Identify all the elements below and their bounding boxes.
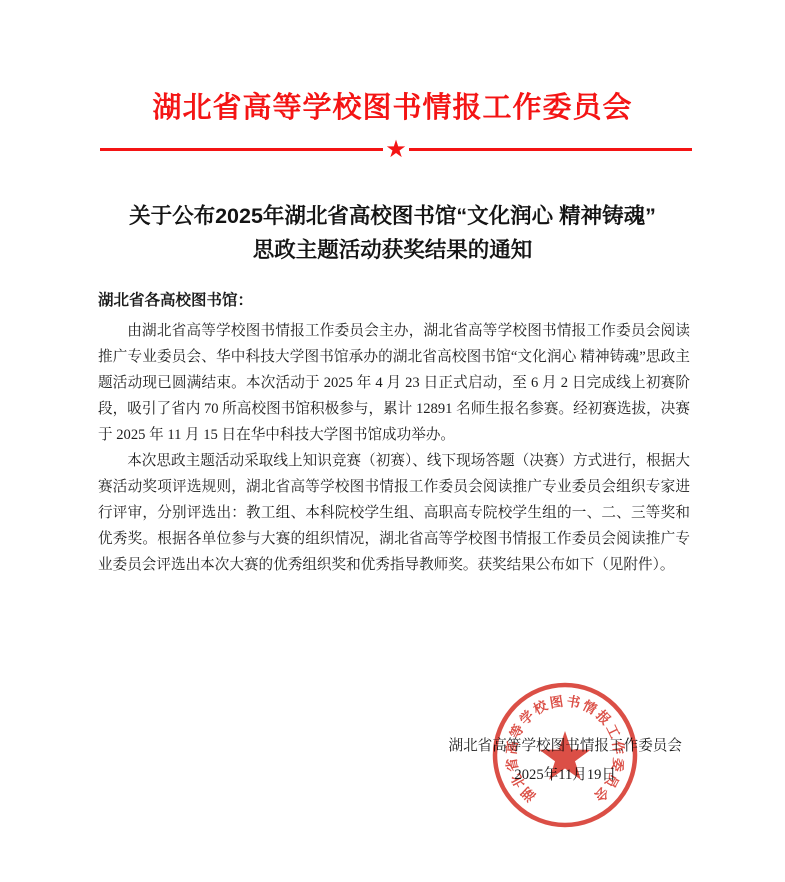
letterhead-divider: ★	[100, 136, 692, 162]
official-seal-stamp: 湖北省高等学校图书情报工作委员会	[490, 680, 640, 830]
document-title-line2: 思政主题活动获奖结果的通知	[60, 233, 725, 267]
svg-text:图: 图	[548, 693, 564, 711]
svg-text:会: 会	[591, 784, 612, 805]
svg-text:北: 北	[508, 771, 528, 790]
svg-text:委: 委	[609, 757, 627, 774]
document-page: 湖北省高等学校图书情报工作委员会 ★ 关于公布2025年湖北省高校图书馆“文化润…	[0, 0, 785, 882]
letterhead-org-title: 湖北省高等学校图书情报工作委员会	[0, 90, 785, 126]
document-body: 湖北省各高校图书馆： 由湖北省高等学校图书情报工作委员会主办，湖北省高等学校图书…	[98, 289, 690, 578]
svg-text:作: 作	[610, 740, 628, 756]
svg-text:省: 省	[503, 756, 521, 773]
svg-text:高: 高	[503, 739, 521, 755]
body-paragraph-1: 由湖北省高等学校图书情报工作委员会主办，湖北省高等学校图书情报工作委员会阅读推广…	[98, 318, 690, 448]
body-paragraph-2: 本次思政主题活动采取线上知识竞赛（初赛）、线下现场答题（决赛）方式进行，根据大赛…	[98, 448, 690, 578]
salutation-line: 湖北省各高校图书馆：	[98, 289, 690, 312]
seal-graphic: 湖北省高等学校图书情报工作委员会	[490, 680, 640, 830]
document-title: 关于公布2025年湖北省高校图书馆“文化润心 精神铸魂” 思政主题活动获奖结果的…	[60, 199, 725, 267]
document-title-line1: 关于公布2025年湖北省高校图书馆“文化润心 精神铸魂”	[60, 199, 725, 233]
svg-text:书: 书	[566, 693, 582, 711]
divider-rule-right	[409, 148, 692, 151]
svg-text:工: 工	[603, 722, 623, 741]
star-icon: ★	[383, 137, 409, 161]
divider-rule-left	[100, 148, 383, 151]
seal-star-icon	[539, 731, 590, 780]
